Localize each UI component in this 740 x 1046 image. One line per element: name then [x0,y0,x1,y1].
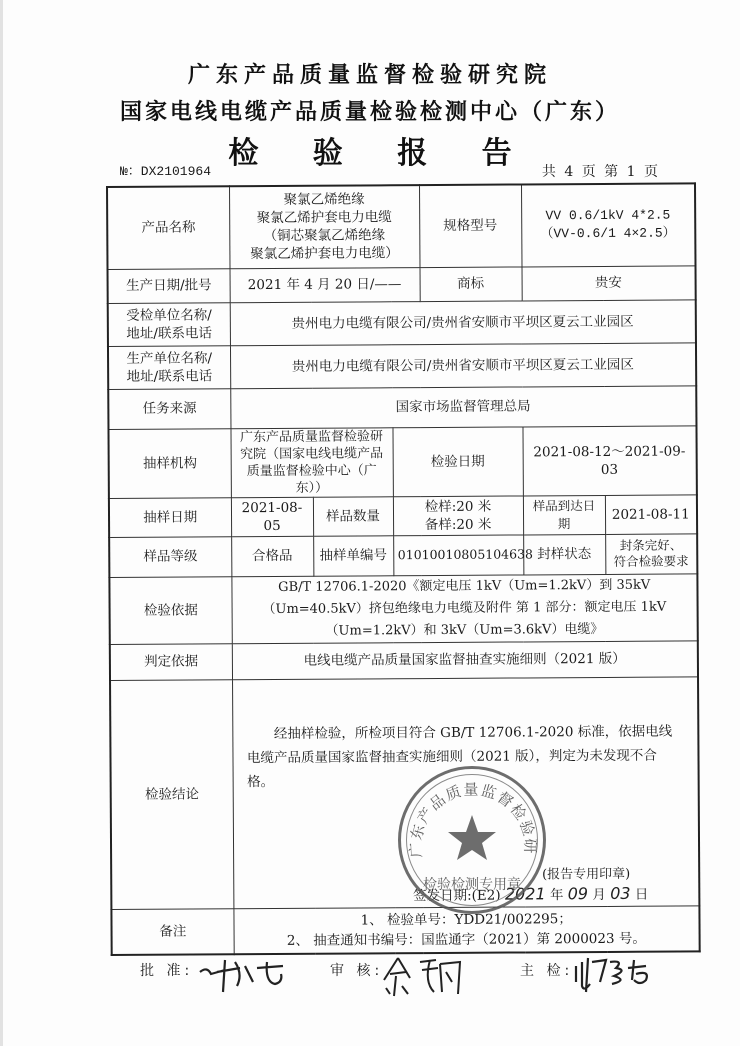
approve-label: 批 准: [140,960,193,980]
conclusion-label: 检验结论 [110,679,233,909]
task-source-value: 国家市场监督管理总局 [230,385,696,428]
issue-month: 09 [568,884,588,903]
inspection-date-label: 检验日期 [392,426,522,496]
review-label: 审 核: [330,960,383,980]
remark-line-2: 2、 抽查通知书编号：国监通字（2021）第 2000023 号。 [238,928,695,951]
page-info: 共 4 页 第 1 页 [542,161,660,181]
row-production-date: 生产日期/批号 2021 年 4 月 20 日/—— 商标 贵安 [108,265,696,303]
review-signature [380,952,470,1002]
basis-value: GB/T 12706.1-2020《额定电压 1kV（Um=1.2kV）到 35… [231,573,697,643]
spec-model-label: 规格型号 [419,184,521,267]
row-sampling-date: 抽样日期 2021-08-05 样品数量 检样:20 米 备样:20 米 样品到… [109,494,697,537]
seal-status-label: 封样状态 [523,534,605,575]
spec-model-value: VV 0.6/1kV 4*2.5 （VV-0.6/1 4×2.5） [521,183,695,266]
sampling-sheet-label: 抽样单编号 [313,535,393,575]
inspected-unit-value: 贵州电力电缆有限公司/贵州省安顺市平坝区夏云工业园区 [230,299,696,345]
producer-unit-value: 贵州电力电缆有限公司/贵州省安顺市平坝区夏云工业园区 [230,342,696,388]
judgement-basis-value: 电线电缆产品质量国家监督抽查实施细则（2021 版） [232,640,698,679]
row-task-source: 任务来源 国家市场监督管理总局 [108,385,696,429]
task-source-label: 任务来源 [108,388,230,429]
basis-label: 检验依据 [109,576,231,644]
sampling-date-label: 抽样日期 [109,497,231,537]
remarks-label: 备注 [111,908,233,955]
seal-inner-text: 检验检测专用章 [423,876,521,893]
stamp-note: (报告专用印章) [542,865,630,884]
approve-signature [195,952,290,997]
star-icon: 广东产品质量监督检验研究院 检验检测专用章 [401,769,543,911]
row-judgement: 判定依据 电线电缆产品质量国家监督抽查实施细则（2021 版） [110,640,698,680]
year-unit: 年 [550,887,564,903]
production-date-label: 生产日期/批号 [108,268,230,303]
judgement-basis-label: 判定依据 [110,643,232,680]
sample-grade-label: 样品等级 [109,536,231,577]
product-name-label: 产品名称 [107,186,229,269]
arrival-date-label: 样品到达日期 [523,495,605,535]
trademark-label: 商标 [420,266,522,301]
institute-title: 广东产品质量监督检验研究院 [0,58,740,89]
producer-unit-label: 生产单位名称/ 地址/联系电话 [108,345,230,389]
report-number: №：DX2101964 [120,160,211,179]
row-producer-unit: 生产单位名称/ 地址/联系电话 贵州电力电缆有限公司/贵州省安顺市平坝区夏云工业… [108,342,696,389]
sampling-date-value: 2021-08-05 [231,497,313,537]
sample-grade-value: 合格品 [231,536,313,577]
product-name-value: 聚氯乙烯绝缘 聚氯乙烯护套电力电缆 （铜芯聚氯乙烯绝缘 聚氯乙烯护套电力电缆） [229,185,419,268]
sampling-org-value: 广东产品质量监督检验研究院（国家电线电缆产品质量监督检验中心（广东）） [230,427,392,497]
row-remarks: 备注 1、 检验单号：YDD21/002295； 2、 抽查通知书编号：国监通字… [111,905,699,955]
row-basis: 检验依据 GB/T 12706.1-2020《额定电压 1kV（Um=1.2kV… [109,573,697,644]
inspector-signature [570,952,670,997]
day-unit: 日 [635,886,649,902]
sample-qty-value: 检样:20 米 备样:20 米 [393,495,523,535]
row-inspected-unit: 受检单位名称/ 地址/联系电话 贵州电力电缆有限公司/贵州省安顺市平坝区夏云工业… [108,299,696,346]
arrival-date-value: 2021-08-11 [605,494,697,534]
row-sample-grade: 样品等级 合格品 抽样单编号 01010010805104638 封样状态 封条… [109,533,697,577]
row-sampling-org: 抽样机构 广东产品质量监督检验研究院（国家电线电缆产品质量监督检验中心（广东））… [108,425,696,498]
row-product: 产品名称 聚氯乙烯绝缘 聚氯乙烯护套电力电缆 （铜芯聚氯乙烯绝缘 聚氯乙烯护套电… [107,183,695,269]
sampling-org-label: 抽样机构 [108,428,230,498]
issue-day: 03 [610,883,630,902]
sampling-sheet-value: 01010010805104638 [393,534,523,575]
production-date-value: 2021 年 4 月 20 日/—— [230,267,420,302]
center-title: 国家电线电缆产品质量检验检测中心（广东） [0,95,740,126]
trademark-value: 贵安 [521,265,695,300]
seal-status-value: 封条完好、 符合检验要求 [605,533,697,574]
inspection-date-value: 2021-08-12～2021-09-03 [522,425,696,495]
sample-qty-label: 样品数量 [313,496,393,535]
official-seal: 广东产品质量监督检验研究院 检验检测专用章 [398,766,546,914]
inspector-label: 主 检: [520,960,573,980]
month-unit: 月 [592,886,606,902]
inspected-unit-label: 受检单位名称/ 地址/联系电话 [108,302,230,346]
